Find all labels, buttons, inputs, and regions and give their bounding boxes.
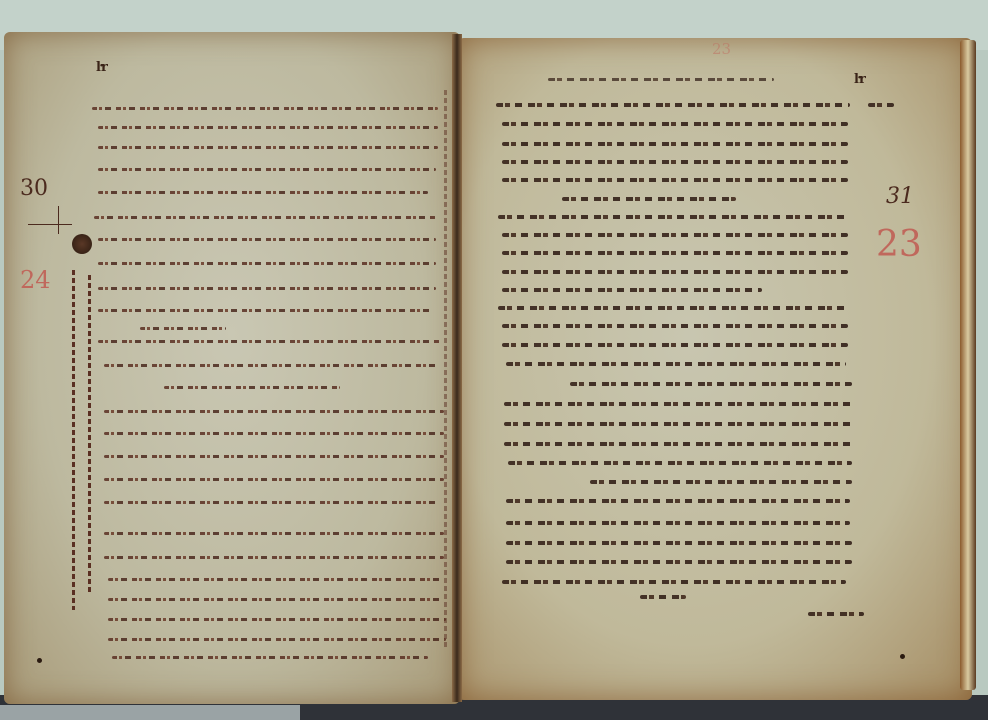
top-faint-numeral: 23 [712,40,731,58]
text-line [108,598,444,601]
margin-cross-mark [28,224,72,225]
text-line [506,362,846,366]
text-line [104,410,444,413]
ink-dot [37,658,42,663]
text-line [98,238,436,241]
book-gutter [452,34,462,702]
text-line [140,327,226,330]
text-line [508,461,852,465]
right-page [458,38,972,700]
text-line [92,107,438,110]
text-line [562,197,736,201]
text-line [98,146,438,149]
text-line [506,499,850,503]
text-line [104,364,440,367]
text-line [94,216,436,219]
text-line [502,343,848,347]
right-margin-note-vertical [444,90,447,650]
text-line [98,126,438,129]
page-heading-line [548,78,774,81]
text-line [502,288,762,292]
text-line [504,442,852,446]
right-margin-numeral-black: 31 [886,184,914,209]
text-line [502,178,848,182]
text-line [502,324,848,328]
page-hole [72,234,92,254]
text-line [502,270,848,274]
text-line [502,160,848,164]
text-line [104,501,440,504]
text-line [498,306,848,310]
page-edges [960,40,976,690]
text-line [502,233,848,237]
text-line [98,287,436,290]
text-line [504,422,852,426]
text-line [502,251,848,255]
left-corner-mark: ŀr [96,60,108,75]
text-line [502,142,848,146]
text-line [108,578,444,581]
text-line [98,309,434,312]
colophon-mark [808,612,864,616]
text-line [108,638,446,641]
right-margin-numeral-red: 23 [876,224,922,265]
margin-note-right [868,103,894,107]
marginal-note-vertical [72,270,75,610]
left-margin-numeral-black: 30 [20,176,48,201]
text-line [98,262,436,265]
text-line [104,556,444,559]
text-line [112,656,428,659]
text-line [108,618,446,621]
text-line [506,521,850,525]
text-line [98,340,440,343]
text-line [506,560,852,564]
text-line [496,103,850,107]
text-line [104,455,444,458]
margin-cross-mark-vertical [58,206,59,234]
left-margin-numeral-red: 24 [20,266,51,294]
text-line [104,478,444,481]
text-line [590,480,852,484]
marginal-note-vertical [88,275,91,595]
text-line [98,168,436,171]
text-line [640,595,686,599]
background-table-edge [0,705,300,720]
text-line [502,122,848,126]
text-line [164,386,340,389]
text-line [570,382,852,386]
text-line [506,541,852,545]
text-line [104,532,444,535]
text-line [504,402,852,406]
ink-dot [900,654,905,659]
text-line [98,191,428,194]
text-line [104,432,444,435]
text-line [502,580,846,584]
text-line [498,215,848,219]
right-corner-mark: ŀr [854,72,866,87]
